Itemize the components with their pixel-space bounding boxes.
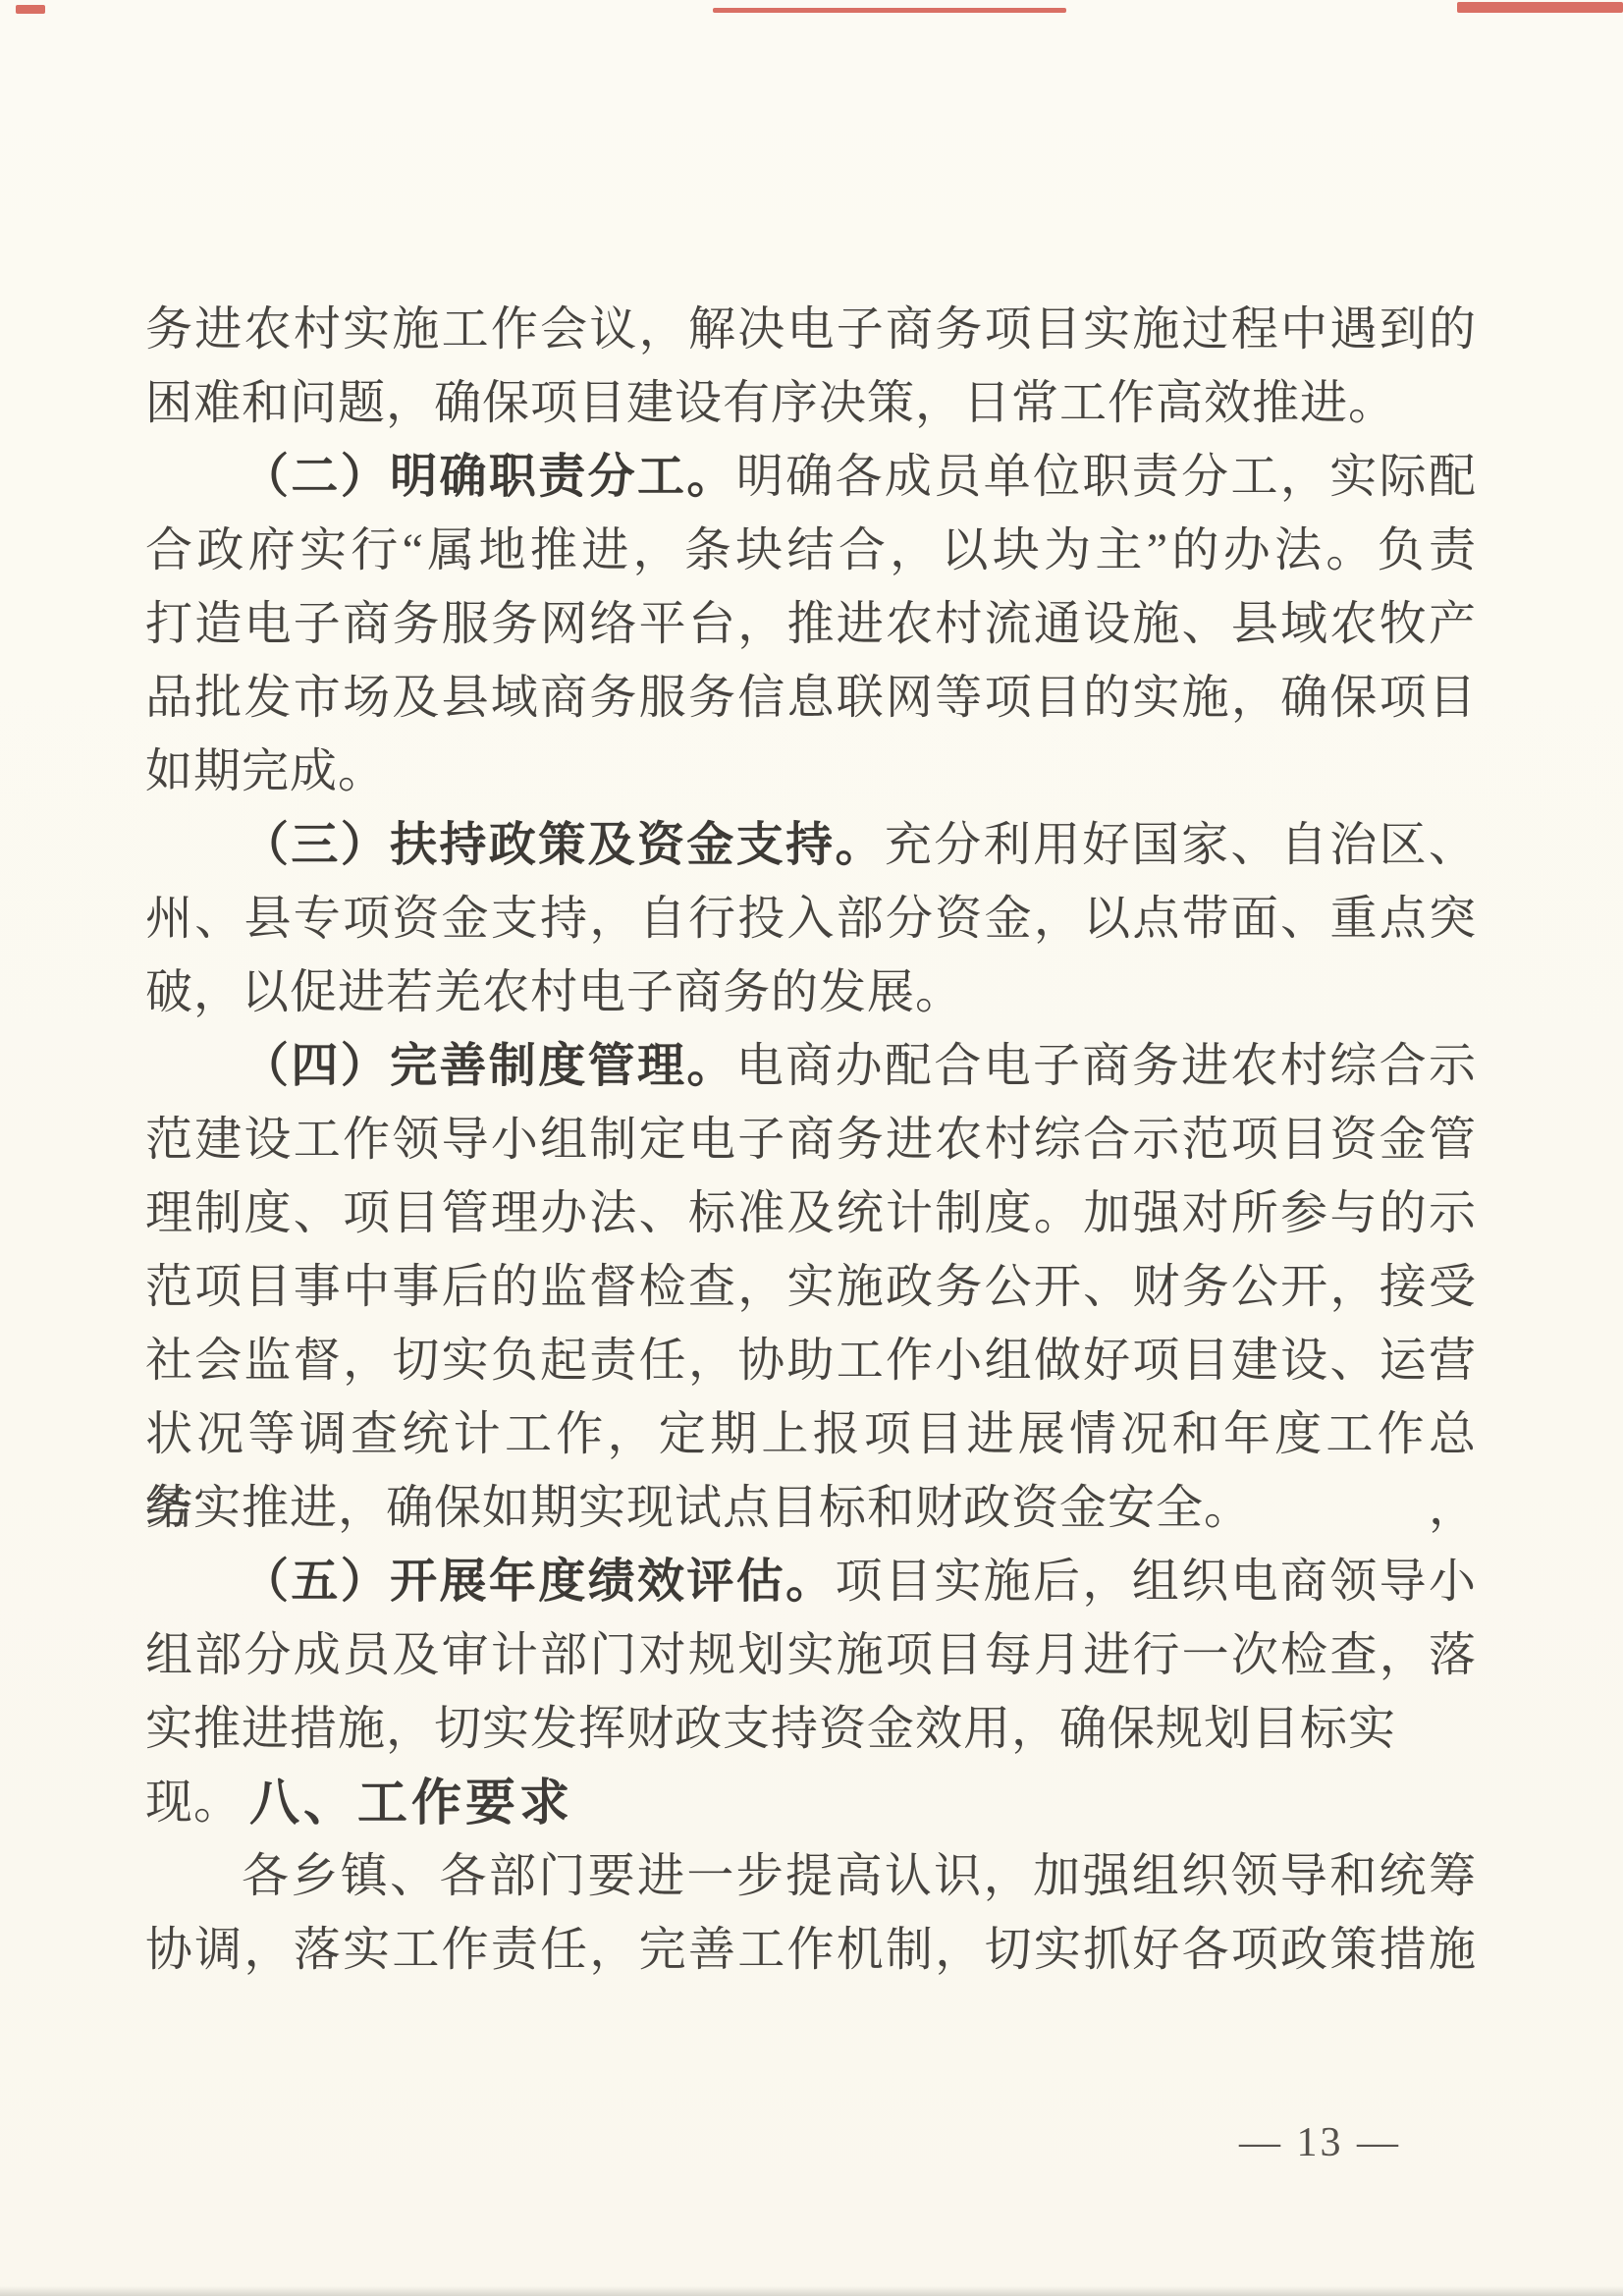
section-title-bold: （三）扶持政策及资金支持。 (242, 819, 885, 871)
text-line: 州、县专项资金支持，自行投入部分资金，以点带面、重点突 (145, 882, 1477, 956)
text-line: 实推进措施，切实发挥财政支持资金效用，确保规划目标实现。 (145, 1692, 1477, 1766)
section-heading-line: （五）开展年度绩效评估。项目实施后，组织电商领导小 (145, 1545, 1477, 1618)
text-line: 务进农村实施工作会议，解决电子商务项目实施过程中遇到的 (145, 293, 1477, 366)
text-line: 理制度、项目管理办法、标准及统计制度。加强对所参与的示 (145, 1176, 1477, 1250)
text-line: 困难和问题，确保项目建设有序决策，日常工作高效推进。 (145, 366, 1477, 440)
text-line: 各乡镇、各部门要进一步提高认识，加强组织领导和统筹 (145, 1839, 1477, 1913)
text-line: 合政府实行“属地推进，条块结合，以块为主”的办法。负责 (145, 514, 1477, 587)
scan-artifact-red-mark (1457, 2, 1623, 13)
text-line: 范项目事中事后的监督检查，实施政务公开、财务公开，接受 (145, 1250, 1477, 1324)
text-line: 打造电子商务服务网络平台，推进农村流通设施、县域农牧产 (145, 587, 1477, 661)
document-page: 务进农村实施工作会议，解决电子商务项目实施过程中遇到的困难和问题，确保项目建设有… (0, 0, 1623, 2296)
scan-bottom-edge (0, 2286, 1623, 2296)
text-line: 组部分成员及审计部门对规划实施项目每月进行一次检查，落 (145, 1618, 1477, 1692)
section-heading-line: （二）明确职责分工。明确各成员单位职责分工，实际配 (145, 440, 1477, 514)
text-line: 破，以促进若羌农村电子商务的发展。 (145, 956, 1477, 1029)
section-title-bold: （五）开展年度绩效评估。 (242, 1556, 836, 1608)
document-body: 务进农村实施工作会议，解决电子商务项目实施过程中遇到的困难和问题，确保项目建设有… (145, 293, 1477, 1987)
section-heading-line: （四）完善制度管理。电商办配合电子商务进农村综合示 (145, 1029, 1477, 1103)
scan-artifact-red-mark (16, 5, 45, 14)
text-line: 如期完成。 (145, 735, 1477, 808)
text-line: 品批发市场及县域商务服务信息联网等项目的实施，确保项目 (145, 661, 1477, 735)
text-line: 协调，落实工作责任，完善工作机制，切实抓好各项政策措施 (145, 1913, 1477, 1987)
page-number: — 13 — (1239, 2119, 1401, 2166)
text-line: 范建设工作领导小组制定电子商务进农村综合示范项目资金管 (145, 1103, 1477, 1176)
section-title-bold: （二）明确职责分工。 (242, 451, 736, 503)
text-line: 社会监督，切实负起责任，协助工作小组做好项目建设、运营 (145, 1324, 1477, 1397)
scan-artifact-red-mark (713, 8, 1066, 13)
section-title-bold: （四）完善制度管理。 (242, 1040, 736, 1092)
section-heading-line: （三）扶持政策及资金支持。充分利用好国家、自治区、 (145, 808, 1477, 882)
text-line: 状况等调查统计工作，定期上报项目进展情况和年度工作总结， (145, 1397, 1477, 1471)
chapter-heading: 八、工作要求 (145, 1766, 1477, 1839)
